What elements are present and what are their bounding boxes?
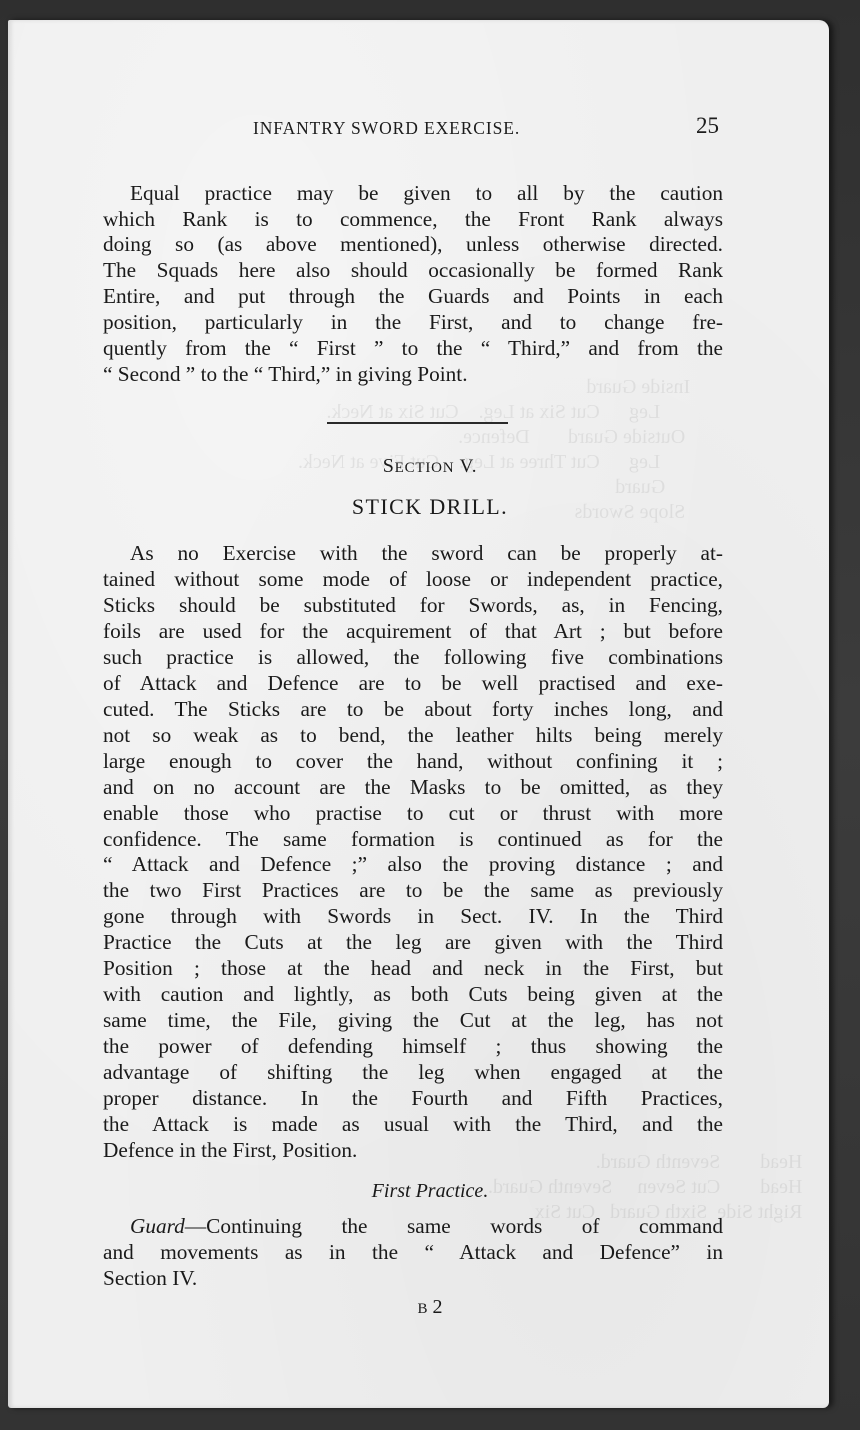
paragraph-2-line: Defence in the First, Position. [103, 1137, 723, 1163]
section-number: V. [460, 456, 478, 477]
paragraph-1-line: “ Second ” to the “ Third,” in giving Po… [103, 361, 723, 387]
paragraph-2-line: the Attack is made as usual with the Thi… [103, 1111, 723, 1137]
paragraph-2-line: and on no account are the Masks to be om… [103, 774, 723, 800]
paragraph-2-line: cuted. The Sticks are to be about forty … [103, 696, 723, 722]
paragraph-3-line: and movements as in the “ Attack and Def… [103, 1239, 723, 1265]
paragraph-2-line: gone through with Swords in Sect. IV. In… [103, 903, 723, 929]
running-title: INFANTRY SWORD EXERCISE. [253, 118, 520, 139]
paragraph-2-line: Sticks should be substituted for Swords,… [103, 592, 723, 618]
paragraph-3-line: Section IV. [103, 1265, 723, 1291]
paragraph-1-line: quently from the “ First ” to the “ Thir… [103, 335, 723, 361]
paragraph-2-line: tained without some mode of loose or ind… [103, 566, 723, 592]
section-heading: SECTION V. [0, 455, 860, 478]
paragraph-2-line: enable those who practise to cut or thru… [103, 800, 723, 826]
section-title: STICK DRILL. [0, 494, 860, 520]
paragraph-2-line: same time, the File, giving the Cut at t… [103, 1007, 723, 1033]
paragraph-2-line: proper distance. In the Fourth and Fifth… [103, 1085, 723, 1111]
guard-command: Guard [130, 1214, 185, 1238]
subsection-title: First Practice. [0, 1180, 860, 1203]
paragraph-1-line: The Squads here also should occasionally… [103, 257, 723, 283]
paragraph-2-line: Position ; those at the head and neck in… [103, 955, 723, 981]
paragraph-2-line: with caution and lightly, as both Cuts b… [103, 981, 723, 1007]
section-label-rest: ECTION [395, 460, 455, 476]
paragraph-1-line: Equal practice may be given to all by th… [130, 180, 723, 206]
paragraph-2-line: confidence. The same formation is contin… [103, 826, 723, 852]
paragraph-1-line: which Rank is to commence, the Front Ran… [103, 206, 723, 232]
paragraph-3-line-1-text: —Continuing the same words of command [185, 1214, 723, 1238]
signature-letter: B [417, 1301, 427, 1317]
signature-number: 2 [433, 1296, 443, 1318]
paragraph-3-line: Guard—Continuing the same words of comma… [130, 1213, 723, 1239]
paragraph-2-line: of Attack and Defence are to be well pra… [103, 670, 723, 696]
paragraph-2-line: the power of defending himself ; thus sh… [103, 1033, 723, 1059]
paragraph-2-line: foils are used for the acquirement of th… [103, 618, 723, 644]
section-label-initial: S [383, 455, 395, 477]
paragraph-2-line: the two First Practices are to be the sa… [103, 877, 723, 903]
paragraph-2-line: large enough to cover the hand, without … [103, 748, 723, 774]
paragraph-2-line: “ Attack and Defence ;” also the proving… [103, 851, 723, 877]
paragraph-1-line: doing so (as above mentioned), unless ot… [103, 231, 723, 257]
signature-mark: B2 [0, 1296, 860, 1319]
paragraph-1-line: Entire, and put through the Guards and P… [103, 283, 723, 309]
paragraph-2-line: As no Exercise with the sword can be pro… [130, 540, 723, 566]
page-number: 25 [696, 113, 719, 139]
paragraph-2-line: Practice the Cuts at the leg are given w… [103, 929, 723, 955]
section-divider [327, 422, 508, 424]
paragraph-1-line: position, particularly in the First, and… [103, 309, 723, 335]
paragraph-2-line: advantage of shifting the leg when engag… [103, 1059, 723, 1085]
paragraph-2-line: not so weak as to bend, the leather hilt… [103, 722, 723, 748]
paragraph-2-line: such practice is allowed, the following … [103, 644, 723, 670]
